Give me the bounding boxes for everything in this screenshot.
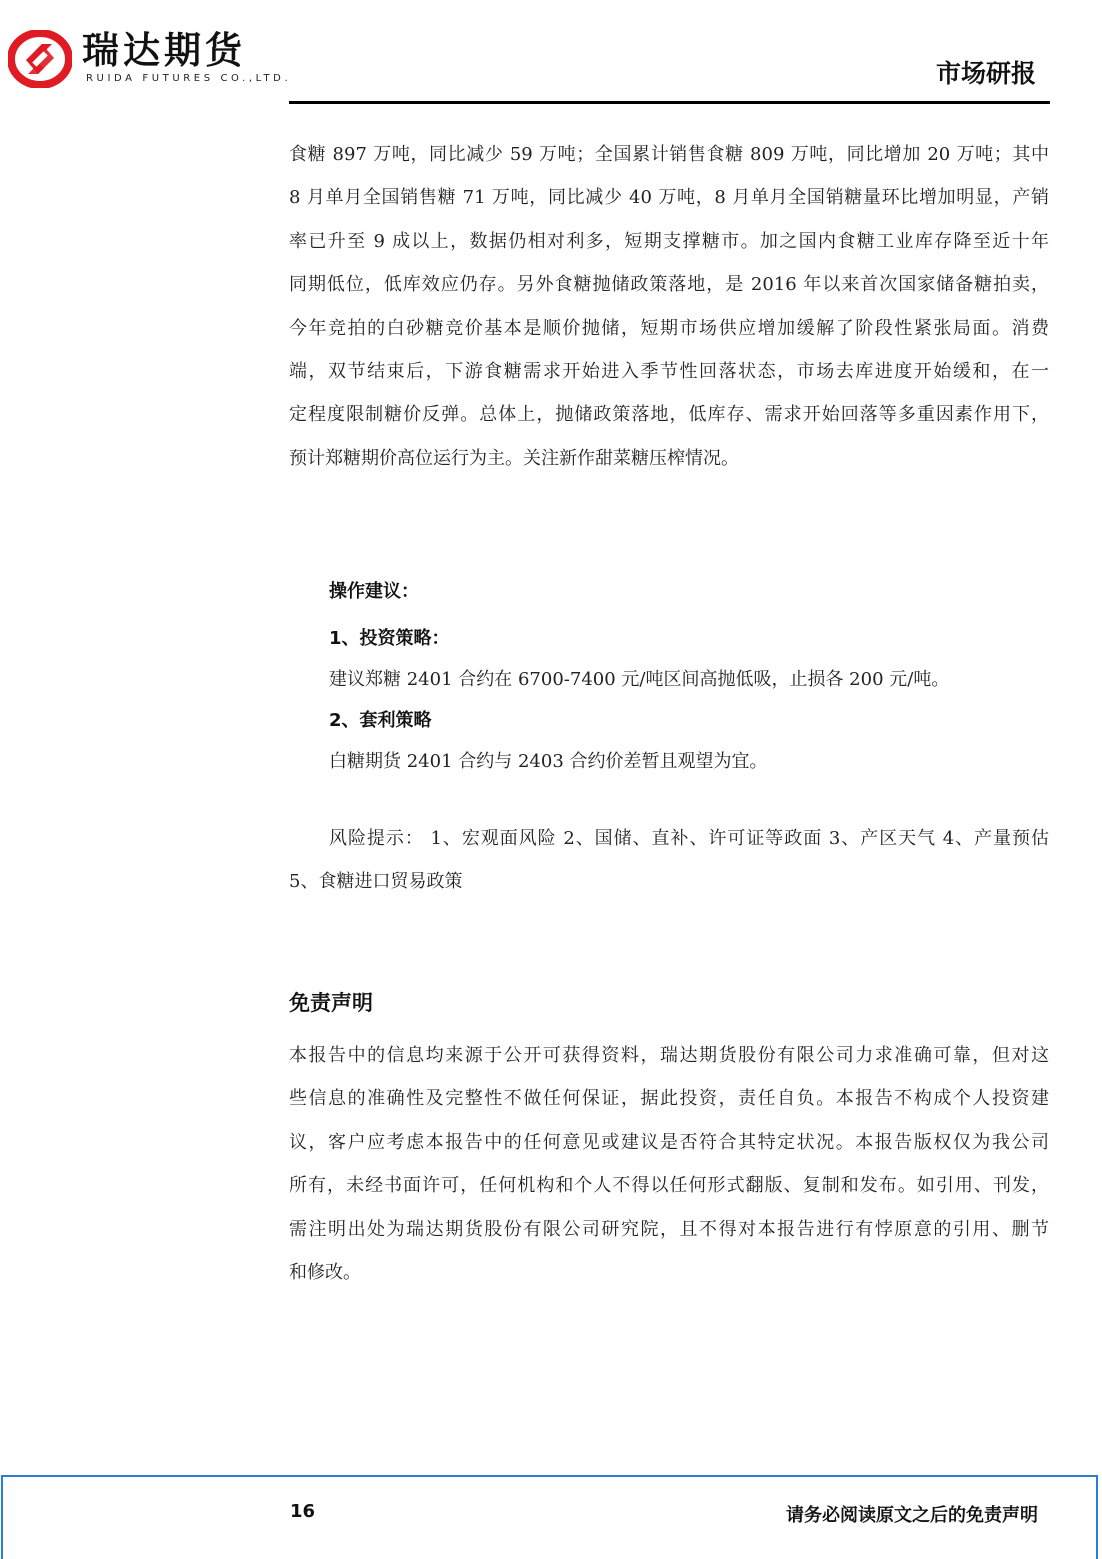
operations-title: 操作建议：	[329, 577, 419, 603]
ruida-logo-icon	[8, 30, 72, 88]
disclaimer-line: 议，客户应考虑本报告中的任何意见或建议是否符合其特定状况。本报告版权仅为我公司	[289, 1121, 1049, 1164]
disclaimer-line: 些信息的准确性及完整性不做任何保证，据此投资，责任自负。本报告不构成个人投资建	[289, 1077, 1049, 1120]
analysis-line: 今年竞拍的白砂糖竞价基本是顺价抛储，短期市场供应增加缓解了阶段性紧张局面。消费	[289, 307, 1049, 350]
risk-warning: 风险提示： 1、宏观面风险 2、国储、直补、许可证等政面 3、产区天气 4、产量…	[289, 817, 1049, 904]
disclaimer-paragraph: 本报告中的信息均来源于公开可获得资料，瑞达期货股份有限公司力求准确可靠，但对这 …	[289, 1034, 1049, 1294]
strategy-heading-arbitrage: 2、套利策略	[329, 706, 432, 732]
page-number: 16	[290, 1501, 315, 1522]
analysis-line: 食糖 897 万吨，同比减少 59 万吨；全国累计销售食糖 809 万吨，同比增…	[289, 133, 1049, 176]
disclaimer-title: 免责声明	[289, 987, 373, 1017]
logo-name-cn: 瑞达期货	[82, 30, 246, 72]
analysis-line: 端，双节结束后，下游食糖需求开始进入季节性回落状态，市场去库进度开始缓和，在一	[289, 350, 1049, 393]
strategy-text-arbitrage: 白糖期货 2401 合约与 2403 合约价差暂且观望为宜。	[329, 747, 768, 773]
risk-line: 5、食糖进口贸易政策	[289, 860, 1049, 903]
logo-name-en: RUIDA FUTURES CO.,LTD.	[86, 73, 291, 84]
disclaimer-line: 和修改。	[289, 1251, 1049, 1294]
risk-line: 风险提示： 1、宏观面风险 2、国储、直补、许可证等政面 3、产区天气 4、产量…	[289, 817, 1049, 860]
disclaimer-line: 本报告中的信息均来源于公开可获得资料，瑞达期货股份有限公司力求准确可靠，但对这	[289, 1034, 1049, 1077]
page-footer: 16 请务必阅读原文之后的免责声明	[1, 1475, 1098, 1559]
analysis-line: 率已升至 9 成以上，数据仍相对利多，短期支撑糖市。加之国内食糖工业库存降至近十…	[289, 220, 1049, 263]
analysis-line: 8 月单月全国销售糖 71 万吨，同比减少 40 万吨，8 月单月全国销糖量环比…	[289, 176, 1049, 219]
company-logo: 瑞达期货 RUIDA FUTURES CO.,LTD.	[8, 28, 288, 90]
analysis-line: 同期低位，低库效应仍存。另外食糖抛储政策落地，是 2016 年以来首次国家储备糖…	[289, 263, 1049, 306]
disclaimer-line: 需注明出处为瑞达期货股份有限公司研究院，且不得对本报告进行有悖原意的引用、删节	[289, 1208, 1049, 1251]
analysis-line: 定程度限制糖价反弹。总体上，抛储政策落地，低库存、需求开始回落等多重因素作用下，	[289, 393, 1049, 436]
strategy-text-investment: 建议郑糖 2401 合约在 6700-7400 元/吨区间高抛低吸，止损各 20…	[329, 665, 949, 691]
footer-disclaimer-note: 请务必阅读原文之后的免责声明	[786, 1501, 1038, 1527]
disclaimer-line: 所有，未经书面许可，任何机构和个人不得以任何形式翻版、复制和发布。如引用、刊发，	[289, 1164, 1049, 1207]
analysis-paragraph: 食糖 897 万吨，同比减少 59 万吨；全国累计销售食糖 809 万吨，同比增…	[289, 133, 1049, 480]
header-divider	[289, 101, 1050, 104]
analysis-line: 预计郑糖期价高位运行为主。关注新作甜菜糖压榨情况。	[289, 437, 1049, 480]
report-type-title: 市场研报	[936, 54, 1036, 90]
strategy-heading-investment: 1、投资策略：	[329, 624, 450, 650]
